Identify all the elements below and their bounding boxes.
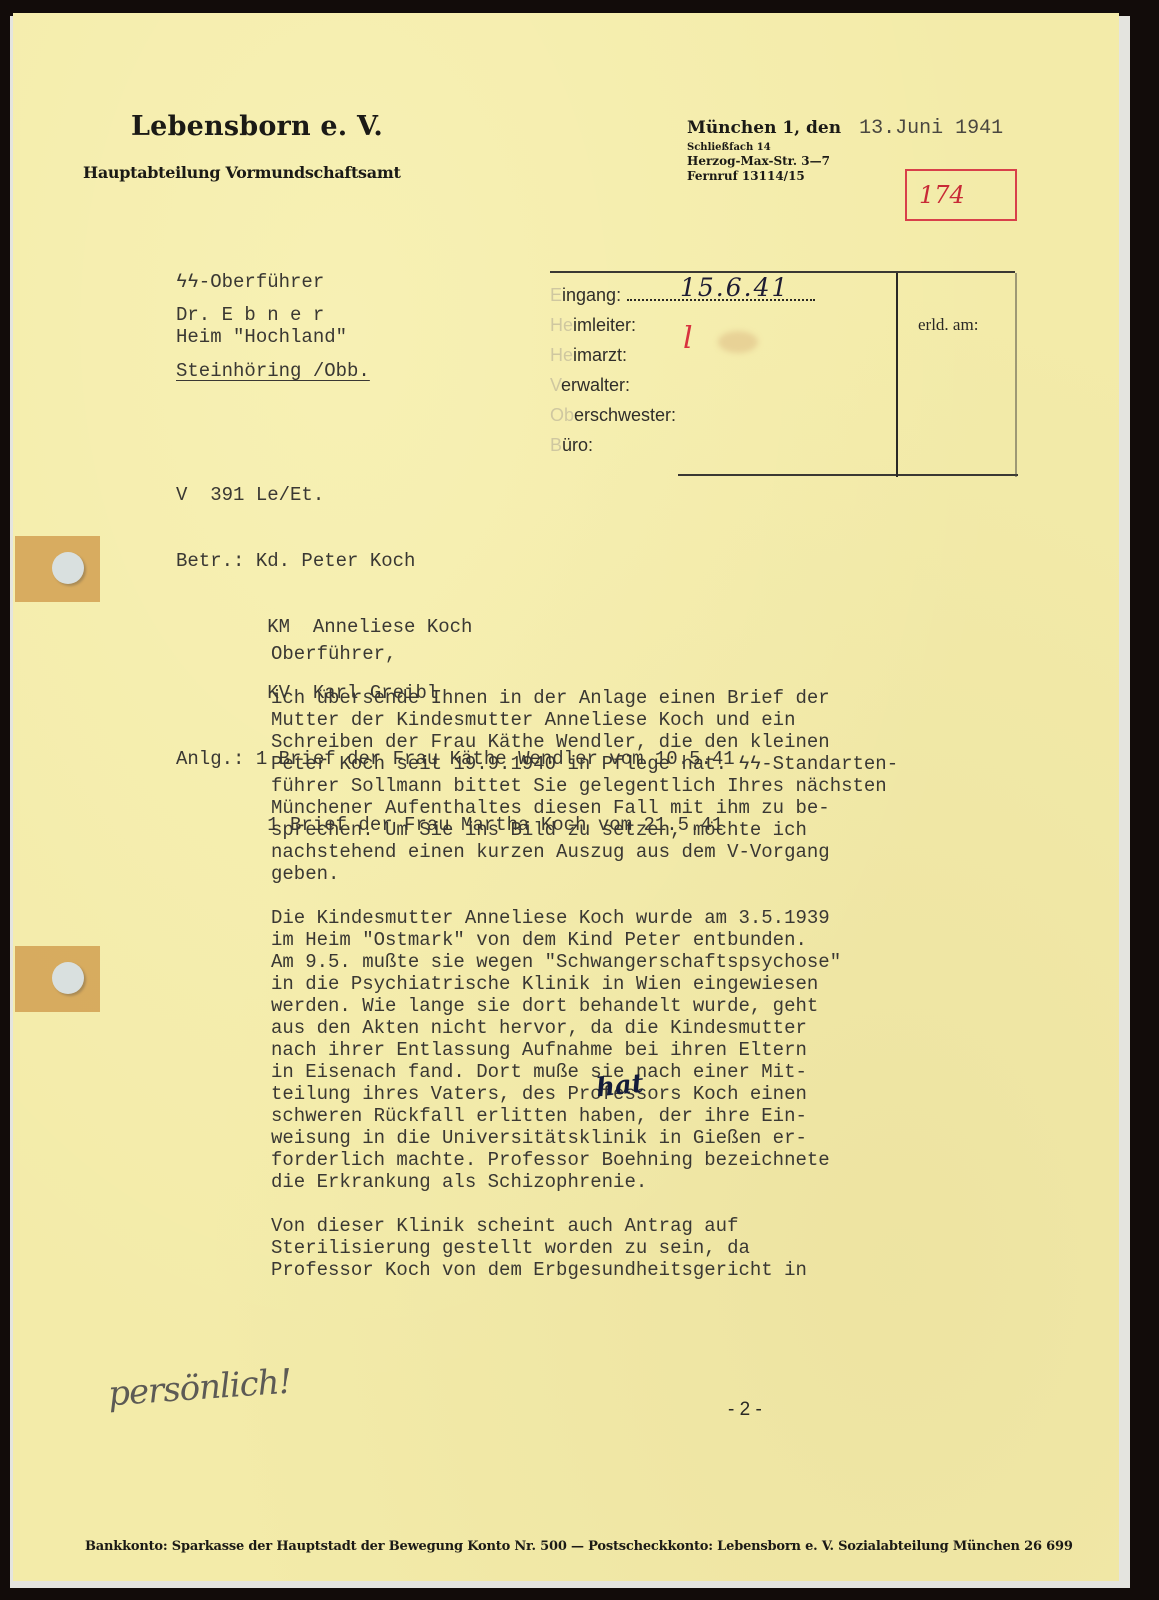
recipient-home: Heim "Hochland" <box>176 326 370 348</box>
organization-name: Lebensborn e. V. <box>131 111 383 142</box>
paragraph-1: ich übersende Ihnen in der Anlage einen … <box>271 687 898 885</box>
recipient-name: Dr. E b n e r <box>176 304 370 326</box>
text-line: werden. Wie lange sie dort behandelt wur… <box>271 995 841 1017</box>
stain <box>718 331 758 353</box>
paragraph-3: Von dieser Klinik scheint auch Antrag au… <box>271 1215 807 1281</box>
letter-page: Lebensborn e. V. Hauptabteilung Vormunds… <box>13 13 1119 1581</box>
punch-hole <box>52 552 84 584</box>
stamp-row-oberschwester: Oberschwester: <box>550 405 676 426</box>
text-line: Die Kindesmutter Anneliese Koch wurde am… <box>271 907 841 929</box>
text-line: Peter Koch seit 19.9.1940 in Pflege hat.… <box>271 753 898 775</box>
department-name: Hauptabteilung Vormundschaftsamt <box>83 163 401 182</box>
punch-hole-reinforcement-bottom <box>15 946 100 1012</box>
file-number-stamp: 174 <box>905 169 1017 221</box>
text-line: Professor Koch von dem Erbgesundheitsger… <box>271 1259 807 1281</box>
handwritten-note: persönlich! <box>107 1362 293 1415</box>
text-line: Sterilisierung gestellt worden zu sein, … <box>271 1237 807 1259</box>
stamp-row-verwalter: Verwalter: <box>550 375 630 396</box>
paragraph-2: Die Kindesmutter Anneliese Koch wurde am… <box>271 907 841 1193</box>
punch-hole <box>52 962 84 994</box>
text-line: nachstehend einen kurzen Auszug aus dem … <box>271 841 898 863</box>
text-line: Am 9.5. mußte sie wegen "Schwangerschaft… <box>271 951 841 973</box>
stamp-right-border <box>1015 273 1017 477</box>
text-line: aus den Akten nicht hervor, da die Kinde… <box>271 1017 841 1039</box>
text-line: ich übersende Ihnen in der Anlage einen … <box>271 687 898 709</box>
done-on-label: erld. am: <box>918 315 978 335</box>
subject-line-1: Betr.: Kd. Peter Koch <box>176 550 735 572</box>
stamp-row-heimarzt: Heimarzt: <box>550 345 627 366</box>
punch-hole-reinforcement-top <box>15 536 100 602</box>
text-line: führer Sollmann bittet Sie gelegentlich … <box>271 775 898 797</box>
text-line: in Eisenach fand. Dort muße sie nach ein… <box>271 1061 841 1083</box>
letter-date: 13.Juni 1941 <box>859 117 1003 140</box>
subject-line-2: KM Anneliese Koch <box>176 616 735 638</box>
stamp-row-heimleiter: Heimleiter: <box>550 315 636 336</box>
page-number: - 2 - <box>728 1399 762 1421</box>
heimleiter-initial-mark: l <box>683 321 693 356</box>
text-line: sprechen. Um Sie ins Bild zu setzen, möc… <box>271 819 898 841</box>
text-line: nach ihrer Entlassung Aufnahme bei ihren… <box>271 1039 841 1061</box>
city-prefix: München 1, den <box>687 118 841 138</box>
file-number: 174 <box>919 181 965 209</box>
text-line: Von dieser Klinik scheint auch Antrag au… <box>271 1215 807 1237</box>
received-date-handwritten: 15.6.41 <box>680 273 789 302</box>
text-line: weisung in die Universitätsklinik in Gie… <box>271 1127 841 1149</box>
recipient-block: ϟϟ-Oberführer Dr. E b n e r Heim "Hochla… <box>176 271 370 382</box>
text-line: in die Psychiatrische Klinik in Wien ein… <box>271 973 841 995</box>
text-line: Münchener Aufenthaltes diesen Fall mit i… <box>271 797 898 819</box>
text-line: Mutter der Kindesmutter Anneliese Koch u… <box>271 709 898 731</box>
text-line: schweren Rückfall erlitten haben, der ih… <box>271 1105 841 1127</box>
text-line: im Heim "Ostmark" von dem Kind Peter ent… <box>271 929 841 951</box>
po-box: Schließfach 14 <box>687 142 1003 153</box>
street-address: Herzog-Max-Str. 3—7 <box>687 154 1003 168</box>
text-line: die Erkrankung als Schizophrenie. <box>271 1171 841 1193</box>
text-line: Schreiben der Frau Käthe Wendler, die de… <box>271 731 898 753</box>
salutation: Oberführer, <box>271 643 396 665</box>
file-reference: V 391 Le/Et. <box>176 484 735 506</box>
recipient-location: Steinhöring /Obb. <box>176 360 370 382</box>
text-line: forderlich machte. Professor Boehning be… <box>271 1149 841 1171</box>
recipient-rank: ϟϟ-Oberführer <box>176 271 370 293</box>
bank-details-footer: Bankkonto: Sparkasse der Hauptstadt der … <box>85 1539 1073 1554</box>
text-line: teilung ihres Vaters, des Professors Koc… <box>271 1083 841 1105</box>
text-line: geben. <box>271 863 898 885</box>
handwritten-correction: hat <box>595 1069 646 1104</box>
stamp-divider <box>896 273 898 477</box>
